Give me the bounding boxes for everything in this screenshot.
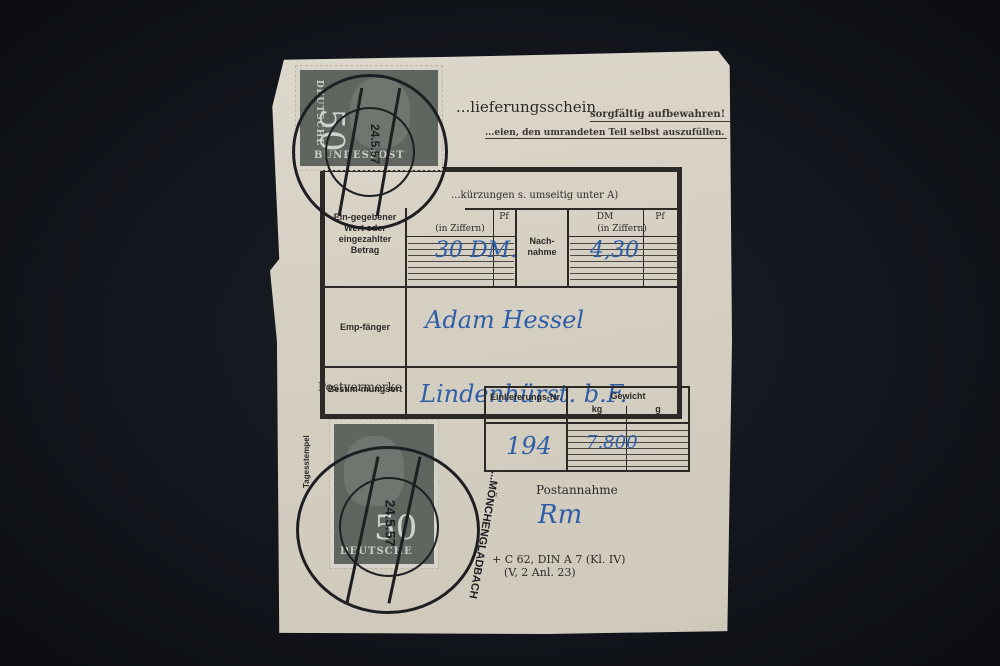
g-header: g — [628, 404, 688, 415]
cod-label: Nach-nahme — [517, 236, 567, 258]
kg-header: kg — [568, 404, 626, 415]
weight-handwritten: 7.800 — [586, 432, 638, 453]
form-title: ...lieferungsschein — [456, 98, 596, 116]
postmark-date: 24.5.57 — [368, 124, 382, 164]
form-code-line2: (V, 2 Anl. 23) — [492, 566, 625, 579]
postmark-top: 24.5.57 — [292, 74, 448, 230]
cod-dm-header: DM — [569, 212, 641, 223]
receipt-table: Einlieferungs-Nr. Gewicht kg g 194 7.800 — [484, 386, 690, 472]
form-code-line1: + C 62, DIN A 7 (Kl. IV) — [492, 553, 625, 566]
acceptance-label: Postannahme — [536, 483, 618, 497]
postmark-date: 24.5.57 — [382, 500, 398, 547]
abbreviations-note: ...kürzungen s. umseitig unter A) — [451, 190, 618, 201]
header-instructions: ...eien, den umrandeten Teil selbst ausz… — [485, 128, 727, 139]
day-stamp-label: Tagesstempel — [302, 435, 311, 488]
receipt-number-header: Einlieferungs-Nr. — [486, 392, 566, 403]
value-handwritten: 30 DM. — [435, 238, 517, 263]
weight-header: Gewicht — [568, 391, 688, 402]
form-code: + C 62, DIN A 7 (Kl. IV) (V, 2 Anl. 23) — [492, 553, 625, 579]
value-in-figures: (in Ziffern) — [407, 224, 513, 235]
value-pf-header: Pf — [495, 212, 513, 223]
header-keep-safely: sorgfältig aufbewahren! — [590, 109, 810, 122]
recipient-label: Emp-fänger — [327, 322, 403, 333]
postmark-bottom: 24.5.57 ...MÖNCHENGLADBACH — [296, 446, 480, 614]
recipient-handwritten[interactable]: Adam Hessel — [425, 306, 584, 334]
cod-pf-header: Pf — [645, 212, 675, 223]
postal-notes-label: Postvermerke — [318, 380, 402, 394]
acceptance-signature: Rm — [538, 500, 582, 530]
cod-in-figures: (in Ziffern) — [569, 224, 675, 235]
cod-handwritten: 4,30 — [590, 238, 639, 263]
receipt-number-handwritten: 194 — [506, 432, 552, 460]
